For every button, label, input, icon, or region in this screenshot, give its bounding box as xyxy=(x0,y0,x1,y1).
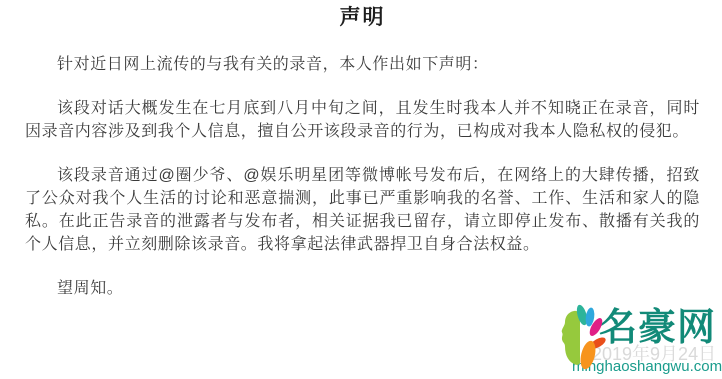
statement-paragraph-spread-and-warning: 该段录音通过@圈少爷、@娱乐明星团等微博帐号发布后，在网络上的大肆传播，招致了公… xyxy=(25,164,700,256)
statement-title: 声明 xyxy=(25,5,700,31)
statement-paragraph-recording-context: 该段对话大概发生在七月底到八月中旬之间，且发生时我本人并不知晓正在录音，同时因录… xyxy=(25,97,700,143)
statement-paragraph-intro: 针对近日网上流传的与我有关的录音，本人作出如下声明： xyxy=(25,53,700,76)
statement-document: 声明 针对近日网上流传的与我有关的录音，本人作出如下声明： 该段对话大概发生在七… xyxy=(0,0,722,300)
statement-paragraph-closing: 望周知。 xyxy=(25,277,700,300)
watermark-site-name: 名豪网 xyxy=(599,308,716,348)
minghao-flower-face-logo-icon xyxy=(556,303,606,379)
minghao-watermark: 名豪网 2019年9月24日 minghaoshangwu.com xyxy=(556,302,722,379)
